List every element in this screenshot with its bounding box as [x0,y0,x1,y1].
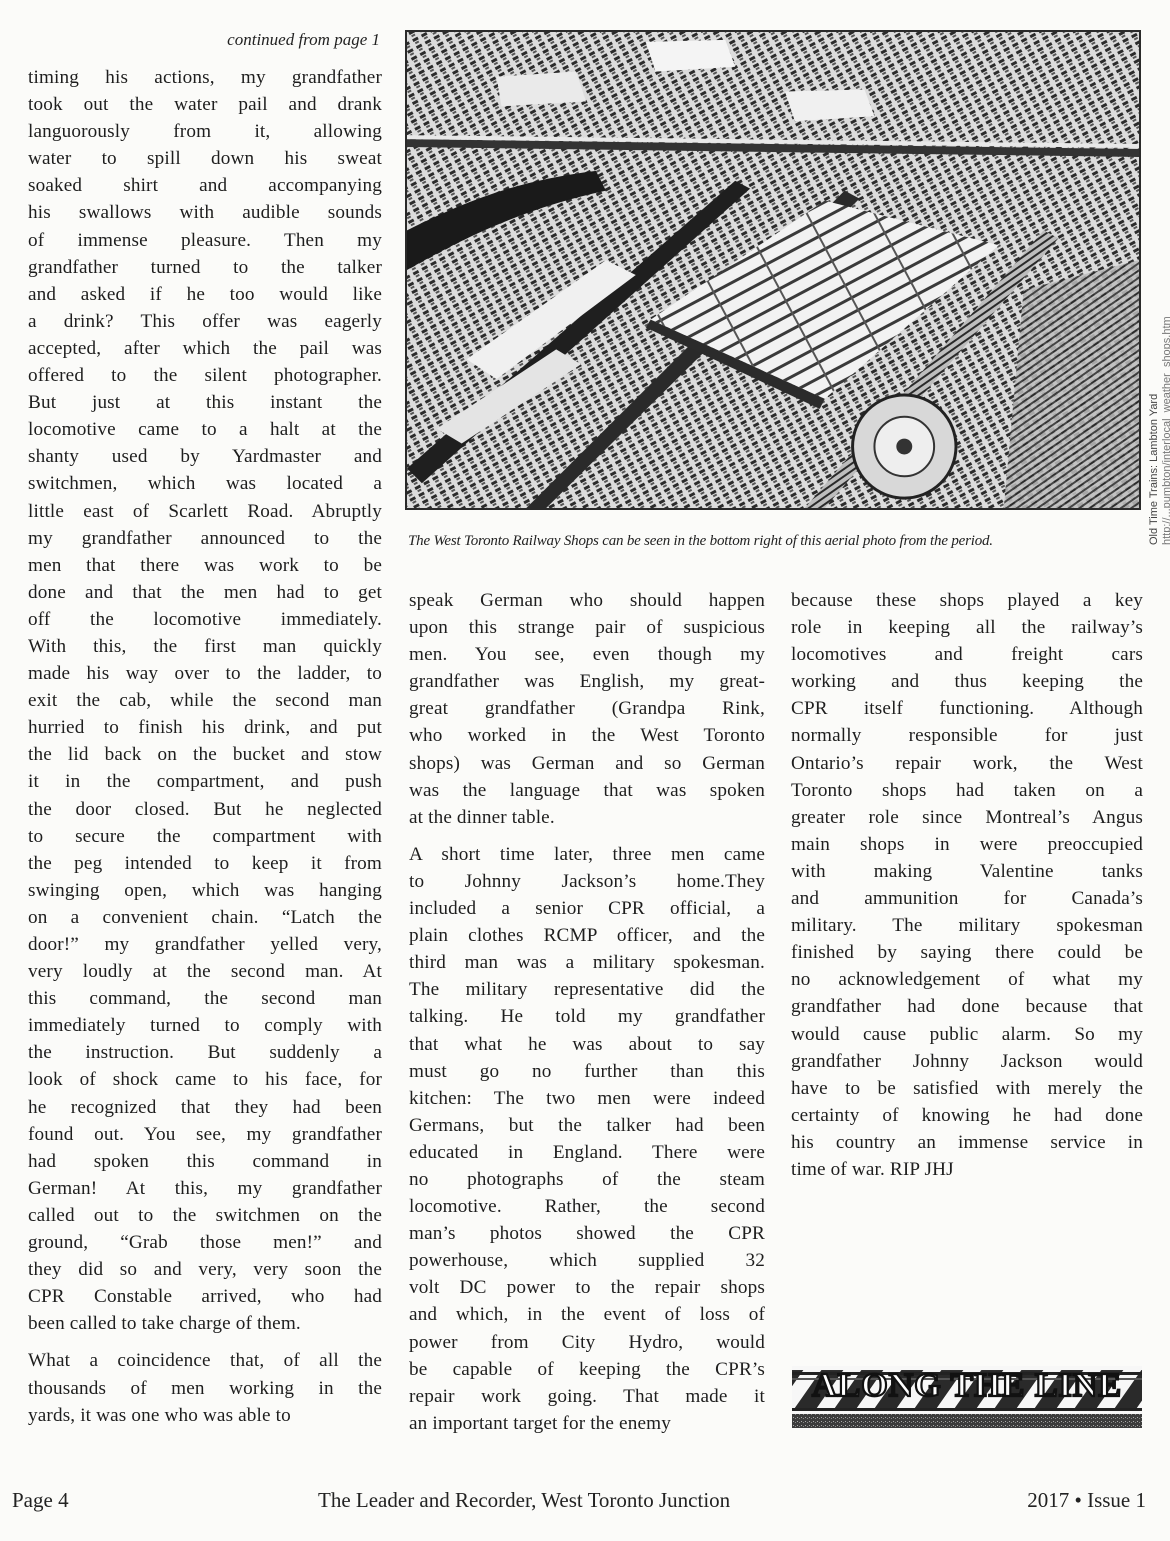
paragraph: A short time later, three men cameto Joh… [409,841,765,1437]
text-line: plain clothes RCMP officer, and the [409,922,765,949]
text-line: have to be satisfied with merely the [791,1075,1143,1102]
text-line: time of war. RIP JHJ [791,1156,1143,1183]
text-line: because these shops played a key [791,587,1143,614]
text-line: powerhouse, which supplied 32 [409,1247,765,1274]
text-line: that what he was about to say [409,1031,765,1058]
article-column-2: speak German who should happenupon this … [409,587,765,1437]
text-line: locomotive. Rather, the second [409,1193,765,1220]
text-line: soaked shirt and accompanying [28,172,382,199]
text-line: offered to the silent photographer. [28,362,382,389]
article-column-3: because these shops played a keyrole in … [791,587,1143,1183]
text-line: exit the cab, while the second man [28,687,382,714]
text-line: Toronto shops had taken on a [791,777,1143,804]
photo-caption: The West Toronto Railway Shops can be se… [408,533,1143,550]
text-line: and which, in the event of loss of [409,1301,765,1328]
text-line: But just at this instant the [28,389,382,416]
text-line: languorously from it, allowing [28,118,382,145]
text-line: yards, it was one who was able to [28,1402,382,1429]
issue-number: 2017 • Issue 1 [1027,1488,1146,1513]
paragraph: timing his actions, my grandfathertook o… [28,64,382,1337]
text-line: locomotives and freight cars [791,641,1143,668]
text-line: an important target for the enemy [409,1410,765,1437]
text-line: Ontario’s repair work, the West [791,750,1143,777]
text-line: and ammunition for Canada’s [791,885,1143,912]
text-line: no acknowledgement of what my [791,966,1143,993]
text-line: this command, the second man [28,985,382,1012]
text-line: repair work going. That made it [409,1383,765,1410]
text-line: grandfather turned to the talker [28,254,382,281]
text-line: his country an immense service in [791,1129,1143,1156]
publication-name: The Leader and Recorder, West Toronto Ju… [318,1488,730,1513]
text-line: What a coincidence that, of all the [28,1347,382,1374]
text-line: took out the water pail and drank [28,91,382,118]
text-line: military. The military spokesman [791,912,1143,939]
text-line: third man was a military spokesman. [409,949,765,976]
text-line: men. You see, even though my [409,641,765,668]
text-line: CPR itself functioning. Although [791,695,1143,722]
text-line: accepted, after which the pail was [28,335,382,362]
text-line: been called to take charge of them. [28,1310,382,1337]
text-line: the instruction. But suddenly a [28,1039,382,1066]
text-line: on a convenient chain. “Latch the [28,904,382,931]
text-line: the peg intended to keep it from [28,850,382,877]
text-line: switchmen, which was located a [28,470,382,497]
text-line: grandfather had done because that [791,993,1143,1020]
text-line: locomotive came to a halt at the [28,416,382,443]
photo-credit-url: http://...pumbton/interlocal_weather_sho… [1161,316,1170,545]
text-line: A short time later, three men came [409,841,765,868]
aerial-photo-image [407,32,1139,508]
text-line: man’s photos showed the CPR [409,1220,765,1247]
text-line: men that there was work to be [28,552,382,579]
page-number: Page 4 [12,1488,69,1513]
text-line: to Johnny Jackson’s home.They [409,868,765,895]
text-line: The military representative did the [409,976,765,1003]
text-line: greater role since Montreal’s Angus [791,804,1143,831]
text-line: great grandfather (Grandpa Rink, [409,695,765,722]
text-line: very loudly at the second man. At [28,958,382,985]
text-line: role in keeping all the railway’s [791,614,1143,641]
text-line: CPR Constable arrived, who had [28,1283,382,1310]
text-line: upon this strange pair of suspicious [409,614,765,641]
text-line: German! At this, my grandfather [28,1175,382,1202]
continued-note: continued from page 1 [205,30,380,50]
text-line: hurried to finish his drink, and put [28,714,382,741]
text-line: look of shock came to his face, for [28,1066,382,1093]
text-line: certainty of knowing he had done [791,1102,1143,1129]
text-line: timing his actions, my grandfather [28,64,382,91]
text-line: normally responsible for just [791,722,1143,749]
logo-text: ALONG THE LINE [812,1367,1122,1404]
text-line: working and thus keeping the [791,668,1143,695]
text-line: educated in England. There were [409,1139,765,1166]
text-line: finished by saying there could be [791,939,1143,966]
text-line: door!” my grandfather yelled very, [28,931,382,958]
text-line: off the locomotive immediately. [28,606,382,633]
aerial-photo [405,30,1141,510]
text-line: main shops in were preoccupied [791,831,1143,858]
text-line: speak German who should happen [409,587,765,614]
text-line: shops) was German and so German [409,750,765,777]
text-line: called out to the switchmen on the [28,1202,382,1229]
text-line: grandfather Johnny Jackson would [791,1048,1143,1075]
text-line: talking. He told my grandfather [409,1003,765,1030]
text-line: was the language that was spoken [409,777,765,804]
text-line: made his way over to the ladder, to [28,660,382,687]
text-line: and asked if he too would like [28,281,382,308]
article-column-1: timing his actions, my grandfathertook o… [28,64,382,1429]
text-line: must go no further than this [409,1058,765,1085]
text-line: they did so and very, very soon the [28,1256,382,1283]
text-line: shanty used by Yardmaster and [28,443,382,470]
text-line: my grandfather announced to the [28,525,382,552]
text-line: found out. You see, my grandfather [28,1121,382,1148]
text-line: his swallows with audible sounds [28,199,382,226]
photo-credit-source: Old Time Trains: Lambton Yard [1148,316,1161,545]
text-line: to secure the compartment with [28,823,382,850]
railway-track-logo-icon: ALONG THE LINE [792,1352,1142,1430]
text-line: would cause public alarm. So my [791,1021,1143,1048]
paragraph: What a coincidence that, of all thethous… [28,1347,382,1428]
photo-credit: Old Time Trains: Lambton Yard http://...… [1148,316,1170,545]
along-the-line-logo: ALONG THE LINE [792,1352,1142,1430]
text-line: included a senior CPR official, a [409,895,765,922]
text-line: volt DC power to the repair shops [409,1274,765,1301]
text-line: the lid back on the bucket and stow [28,741,382,768]
text-line: water to spill down his sweat [28,145,382,172]
paragraph: because these shops played a keyrole in … [791,587,1143,1183]
text-line: no photographs of the steam [409,1166,765,1193]
text-line: little east of Scarlett Road. Abruptly [28,498,382,525]
text-line: ground, “Grab those men!” and [28,1229,382,1256]
text-line: done and that the men had to get [28,579,382,606]
page-footer: Page 4 The Leader and Recorder, West Tor… [0,1488,1170,1518]
paragraph: speak German who should happenupon this … [409,587,765,831]
text-line: With this, the first man quickly [28,633,382,660]
text-line: he recognized that they had been [28,1094,382,1121]
text-line: who worked in the West Toronto [409,722,765,749]
text-line: power from City Hydro, would [409,1329,765,1356]
text-line: a drink? This offer was eagerly [28,308,382,335]
text-line: swinging open, which was hanging [28,877,382,904]
text-line: it in the compartment, and push [28,768,382,795]
text-line: had spoken this command in [28,1148,382,1175]
text-line: the door closed. But he neglected [28,796,382,823]
text-line: of immense pleasure. Then my [28,227,382,254]
text-line: immediately turned to comply with [28,1012,382,1039]
text-line: kitchen: The two men were indeed [409,1085,765,1112]
text-line: Germans, but the talker had been [409,1112,765,1139]
text-line: with making Valentine tanks [791,858,1143,885]
text-line: be capable of keeping the CPR’s [409,1356,765,1383]
text-line: grandfather was English, my great- [409,668,765,695]
text-line: at the dinner table. [409,804,765,831]
text-line: thousands of men working in the [28,1375,382,1402]
